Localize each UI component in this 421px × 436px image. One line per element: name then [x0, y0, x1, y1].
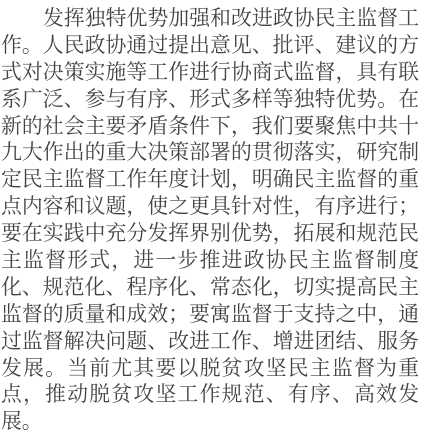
- text-line: 定民主监督工作年度计划，明确民主监督的重: [1, 166, 419, 193]
- text-line: 发挥独特优势加强和改进政协民主监督工: [1, 5, 419, 32]
- text-line: 新的社会主要矛盾条件下，我们要聚焦中共十: [1, 113, 419, 140]
- text-line: 式对决策实施等工作进行协商式监督，具有联: [1, 59, 419, 86]
- text-line: 作。人民政协通过提出意见、批评、建议的方: [1, 32, 419, 59]
- text-line: 化、规范化、程序化、常态化，切实提高民主: [1, 274, 419, 301]
- text-line: 点，推动脱贫攻坚工作规范、有序、高效发: [1, 381, 419, 408]
- text-line: 过监督解决问题、改进工作、增进团结、服务: [1, 328, 419, 355]
- paragraph: 发挥独特优势加强和改进政协民主监督工作。人民政协通过提出意见、批评、建议的方式对…: [1, 5, 419, 435]
- text-line: 要在实践中充分发挥界别优势，拓展和规范民: [1, 220, 419, 247]
- text-line: 九大作出的重大决策部署的贯彻落实，研究制: [1, 139, 419, 166]
- text-line: 监督的质量和成效；要寓监督于支持之中，通: [1, 301, 419, 328]
- text-line: 主监督形式，进一步推进政协民主监督制度: [1, 247, 419, 274]
- text-line: 点内容和议题，使之更具针对性，有序进行；: [1, 193, 419, 220]
- text-line: 展。: [1, 408, 419, 435]
- document-page: 发挥独特优势加强和改进政协民主监督工作。人民政协通过提出意见、批评、建议的方式对…: [0, 0, 421, 436]
- text-line: 系广泛、参与有序、形式多样等独特优势。在: [1, 86, 419, 113]
- text-line: 发展。当前尤其要以脱贫攻坚民主监督为重: [1, 355, 419, 382]
